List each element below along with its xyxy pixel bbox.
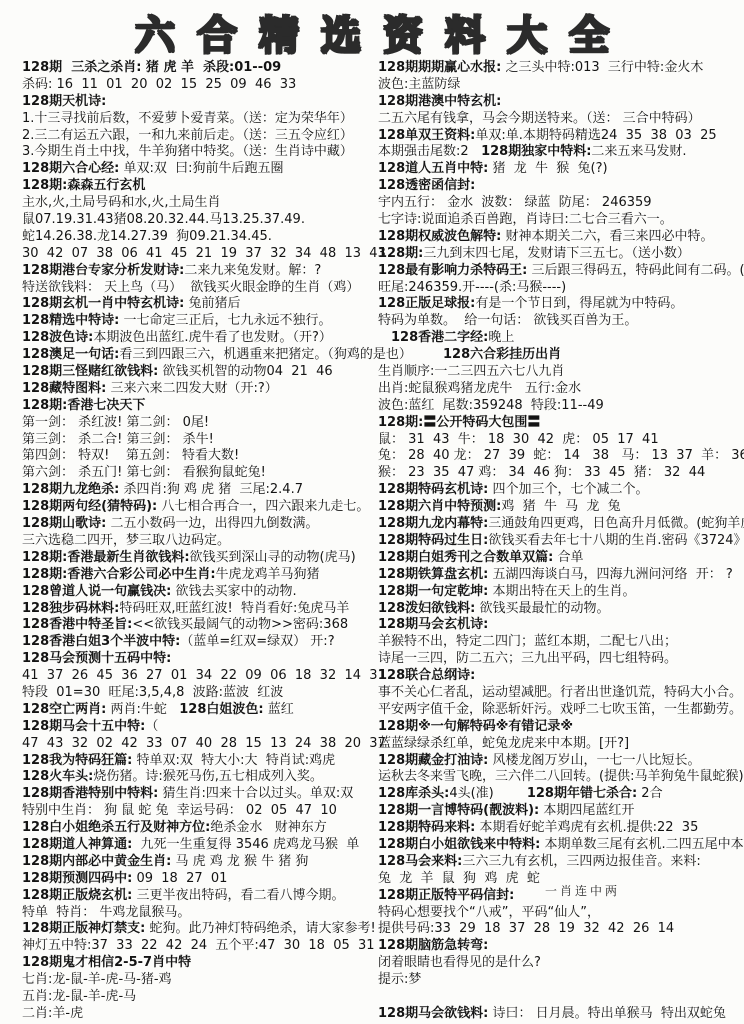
text-line: 蓝蓝绿绿杀红单，蛇兔龙虎来中本期。[开?] <box>378 736 744 753</box>
text-line: 128期权威波色解特: 财神本期关二六，看三来四必中特。 <box>378 229 744 246</box>
text-line: 128空亡两肖: 两肖:牛蛇 128白姐波色: 蓝红 <box>22 702 372 719</box>
text-line: 特送欲钱料： 天上鸟（马） 欲钱买火眼金睁的生肖（鸡） <box>22 280 372 297</box>
text-line: 128期马会十五中特:（ <box>22 719 372 736</box>
text-line: 128期预测四码中: 09 18 27 01 <box>22 871 372 888</box>
text-line: 128期九龙内幕特:三通鼓角四更鸡，日色高升月低微。(蛇狗羊虎) <box>378 516 744 533</box>
text-line: 128香港中特圣旨:<<欲钱买最阔气的动物>>密码:368 <box>22 617 372 634</box>
text-line: 128期鬼才相信2-5-7肖中特 <box>22 955 372 972</box>
text-line: 生肖顺序:一二三四五六七八九肖 <box>378 364 744 381</box>
text-line: 特段 01=30 旺尾:3,5,4,8 波路:蓝波 红波 <box>22 685 372 702</box>
text-line: 128期铁算盘玄机: 五湖四海谈白马，四海九洲问河络 开： ? <box>378 567 744 584</box>
text-line: 47 43 32 02 42 33 07 40 28 15 13 24 38 2… <box>22 736 372 753</box>
text-line: 蛇14.26.38.龙14.27.39 狗09.21.34.45. <box>22 229 372 246</box>
text-line: 事不关心仁者乱，运动望减肥。行者出世逢饥荒，特码大小合。 <box>378 685 744 702</box>
right-column: 128期期期赢心水报: 之三头中特:013 三行中特:金火木波色:主蓝防绿128… <box>372 60 744 1023</box>
text-line: 128期正版烧玄机: 三更半夜出特码，看二看八博今期。 <box>22 888 372 905</box>
text-line: 128期一言博特码(靓波料): 本期四尾蓝红开 <box>378 803 744 820</box>
text-line: 128期六肖中特预测:鸡 猪 牛 马 龙 兔 <box>378 499 744 516</box>
text-line: 128最有影响力杀特码王: 三后跟三得码五，特码此间有二码。(财) <box>378 263 744 280</box>
text-line: 羊猴特不出，特定二四门；蓝红本期，二配七八出； <box>378 634 744 651</box>
text-line: 杀码: 16 11 01 20 02 15 25 09 46 33 <box>22 77 372 94</box>
text-line: 提供号码:33 29 18 37 28 19 32 42 26 14 <box>378 921 744 938</box>
text-line: 128期道人神算通: 九死一生重复得 3546 虎鸡龙马猴 单 <box>22 837 372 854</box>
text-line: 诗尾一三四，防二五六；三九出平码，四七组特码。 <box>378 651 744 668</box>
text-line: 特别中生肖： 狗 鼠 蛇 兔 幸运号码： 02 05 47 10 <box>22 803 372 820</box>
text-line: 128期玄机一肖中特玄机诗: 兔前猪后 <box>22 296 372 313</box>
text-line: 波色:主蓝防绿 <box>378 77 744 94</box>
text-line: 128期:香港六合彩公司必中生肖:牛虎龙鸡羊马狗猪 <box>22 567 372 584</box>
text-line: 波色:蓝红 尾数:359248 特段:11--49 <box>378 398 744 415</box>
text-line: 128澳足一句话:看三到四跟三六，机遇重来把猪定。（狗鸡的是也） <box>22 347 372 364</box>
text-line: 128期天机诗: <box>22 94 372 111</box>
text-line: 128期特码过生日:欲钱买看去年七十八期的生肖.密码《3724》 <box>378 533 744 550</box>
text-line: 出肖:蛇鼠猴鸡猪龙虎牛 五行:金水 <box>378 381 744 398</box>
text-line: 128库杀头:4头(准) 128期年错七杀合: 2合 <box>378 786 744 803</box>
text-line: 128独步码林料:特码旺双,旺蓝红波! 特肖看好:兔虎马羊 <box>22 601 372 618</box>
text-line: 128期藏金打油诗: 风楼龙阁万岁山，一七一八比短长。 <box>378 753 744 770</box>
text-line: 128藏特图料: 三来六来二四发大财（开:?） <box>22 381 372 398</box>
text-line: 宇内五行： 金水 波数： 绿蓝 防尾： 246359 <box>378 195 744 212</box>
text-line: 128火车头:烧伤猪。诗:猴死马伤,五七相成列入奖。 <box>22 769 372 786</box>
text-line: 旺尾:246359.开----(杀:马猴----) <box>378 280 744 297</box>
text-line: 128曾道人说一句赢钱决: 欲钱去买家中的动物. <box>22 584 372 601</box>
text-line: 二五六尾有钱拿，马会今期送特来。（送： 三合中特码） <box>378 111 744 128</box>
text-line: 128我为特码狂篇: 特单双:双 特大小:大 特肖试:鸡虎 <box>22 753 372 770</box>
text-line: 128泼妇欲钱料: 欲钱买最最忙的动物。 <box>378 601 744 618</box>
text-line: 五肖:龙-鼠-羊-虎-马 <box>22 989 372 1006</box>
text-line: 第三剑： 杀二合! 第三剑： 杀牛! <box>22 432 372 449</box>
left-column: 128期 三杀之杀肖: 猪 虎 羊 杀段:01--09杀码: 16 11 01 … <box>0 60 372 1023</box>
text-line: 128期山歌诗: 二五小数码一边，出得四九倒数满。 <box>22 516 372 533</box>
text-line: 鼠： 31 43 牛： 18 30 42 虎： 05 17 41 <box>378 432 744 449</box>
text-line: 128期港澳中特玄机: <box>378 94 744 111</box>
text-line: 128期九龙绝杀: 杀四肖:狗 鸡 虎 猪 三尾:2.4.7 <box>22 482 372 499</box>
text-line: 128期特码来料: 本期看好蛇羊鸡虎有玄机.提供:22 35 <box>378 820 744 837</box>
text-line: 128期※一句解特码※有错记录※ <box>378 719 744 736</box>
text-line: 128期三怪赌红欲钱料: 欲钱买机智的动物04 21 46 <box>22 364 372 381</box>
text-line: 第六剑： 杀五门! 第七剑： 看猴狗鼠蛇兔! <box>22 465 372 482</box>
text-line: 128白小姐绝杀五行及财神方位:绝杀金水 财神东方 <box>22 820 372 837</box>
text-line: 128期脑筋急转弯: <box>378 938 744 955</box>
text-line: 128透密函信封: <box>378 178 744 195</box>
text-line: 平安两字值千金，除恶斩奸污。戏呼二七吹玉笛，一生都勤劳。 <box>378 702 744 719</box>
text-line: 128正版足球报:有是一个节日到，得尾就为中特码。 <box>378 296 744 313</box>
text-line: 128香港白姐3个半波中特:（蓝单=红双=绿双） 开:? <box>22 634 372 651</box>
text-line: 本期强击尾数:2 128期独家中特料:二来五来马发财. <box>378 144 744 161</box>
text-line: 兔： 28 40 龙： 27 39 蛇： 14 38 马： 13 37 羊： 3… <box>378 448 744 465</box>
content-columns: 128期 三杀之杀肖: 猪 虎 羊 杀段:01--09杀码: 16 11 01 … <box>0 60 744 1023</box>
text-line: 1.十三寻找前后数，不爱萝卜爱青菜。（送：定为荣华年） <box>22 111 372 128</box>
text-line: 128马会预测十五码中特: <box>22 651 372 668</box>
text-line: 128联合总纲诗: <box>378 668 744 685</box>
text-line: 128期期期赢心水报: 之三头中特:013 三行中特:金火木 <box>378 60 744 77</box>
text-line: 128期 三杀之杀肖: 猪 虎 羊 杀段:01--09 <box>22 60 372 77</box>
text-line: 128期特码玄机诗: 四个加三个，七个减二个。 <box>378 482 744 499</box>
text-line: 鼠07.19.31.43猪08.20.32.44.马13.25.37.49. <box>22 212 372 229</box>
text-line: 128单双王资料:单双:单.本期特码精选24 35 38 03 25 <box>378 128 744 145</box>
text-line: 128马会来料:三六三九有玄机，三四两边报佳音。来料: <box>378 854 744 871</box>
text-line: 128期一句定乾坤: 本期出特在天上的生肖。 <box>378 584 744 601</box>
text-line: 128期六合心经: 单双:双 曰:狗前牛后跑五圈 <box>22 161 372 178</box>
text-line: 128期港台专家分析发财诗:二来九来兔发财。解：? <box>22 263 372 280</box>
text-line: 128期:〓公开特码大包围〓 <box>378 415 744 432</box>
text-line: 128期内部必中黄金生肖: 马 虎 鸡 龙 猴 牛 猪 狗 <box>22 854 372 871</box>
text-line: 128期:三九到末四七尾，发财请下三五七。（送小数） <box>378 246 744 263</box>
text-line: 第四剑： 特双! 第五剑： 特看大数! <box>22 448 372 465</box>
text-line: 128波色诗:本期波色出蓝红.虎牛看了也发财。（开?） <box>22 330 372 347</box>
text-line: 主水,火,土局号码和水,火,土局生肖 <box>22 195 372 212</box>
text-line: 特单 特肖： 牛鸡龙鼠猴马。 <box>22 905 372 922</box>
text-line: 128期马会玄机诗: <box>378 617 744 634</box>
text-line: 特码心想要找个“八戒”，平码“仙人”， <box>378 905 744 922</box>
text-line: 128香港二字经:晚上 <box>378 330 744 347</box>
text-line: 128精选中特诗: 一七命定三正后，七九永远不独行。 <box>22 313 372 330</box>
lottery-info-sheet: 六合精选资料大全 128期 三杀之杀肖: 猪 虎 羊 杀段:01--09杀码: … <box>0 0 744 1024</box>
text-line: 128期白小姐欲钱来中特料: 本期单数三尾有玄机.二四五尾中本期 <box>378 837 744 854</box>
overlay-note: 一肖连中两 <box>545 882 620 899</box>
text-line: 七字诗:说面追杀百兽跑，肖诗曰:二七合三看六一。 <box>378 212 744 229</box>
text-line <box>378 989 744 1006</box>
text-line: 41 37 26 45 36 27 01 34 22 09 06 18 32 1… <box>22 668 372 685</box>
text-line: 128六合彩挂历出肖 <box>378 347 744 364</box>
text-line: 第一剑： 杀红波! 第二剑： 0尾! <box>22 415 372 432</box>
text-line: 神灯五中特:37 33 22 42 24 五个平:47 30 18 05 31 <box>22 938 372 955</box>
text-line: 2.三二有运五六跟，一和九来前后走。（送：三五令应红） <box>22 128 372 145</box>
text-line: 提示:梦 <box>378 972 744 989</box>
page-title: 六合精选资料大全 <box>0 4 744 61</box>
text-line: 二肖:羊-虎 <box>22 1006 372 1023</box>
text-line: 猴： 23 35 47 鸡： 34 46 狗： 33 45 猪： 32 44 <box>378 465 744 482</box>
text-line: 128期正版神灯禁支: 蛇狗。此乃神灯特码绝杀，请大家参考! <box>22 921 372 938</box>
text-line: 3.今期生肖土中找，牛羊狗猪中特奖。（送：生肖诗中藏） <box>22 144 372 161</box>
text-line: 七肖:龙-鼠-羊-虎-马-猪-鸡 <box>22 972 372 989</box>
text-line: 128期两句经(猜特码): 八七相合再合一，四六跟来九走七。 <box>22 499 372 516</box>
text-line: 闭着眼睛也看得见的是什么? <box>378 955 744 972</box>
text-line: 128期白姐秀刊之合数单双篇: 合单 <box>378 550 744 567</box>
text-line: 128期马会欲钱料: 诗曰： 日月晨。特出单猴马 特出双蛇兔 <box>378 1006 744 1023</box>
text-line: 三六选稳二四开，梦三取八边码定。 <box>22 533 372 550</box>
text-line: 128期:森森五行玄机 <box>22 178 372 195</box>
text-line: 运秋去冬来雪飞晚，三六伴二八回转。(提供:马羊狗兔牛鼠蛇猴) <box>378 769 744 786</box>
text-line: 特码为单数。 给一句话： 欲钱买百兽为王。 <box>378 313 744 330</box>
text-line: 30 42 07 38 06 41 45 21 19 37 32 34 48 1… <box>22 246 372 263</box>
text-line: 128道人五肖中特: 猪 龙 牛 猴 兔(?) <box>378 161 744 178</box>
text-line: 128期香港特别中特料: 猜生肖:四来十合以过头。单双:双 <box>22 786 372 803</box>
text-line: 128期:香港最新生肖欲钱料:欲钱买到深山寻的动物(虎马) <box>22 550 372 567</box>
text-line: 128期:香港七决天下 <box>22 398 372 415</box>
